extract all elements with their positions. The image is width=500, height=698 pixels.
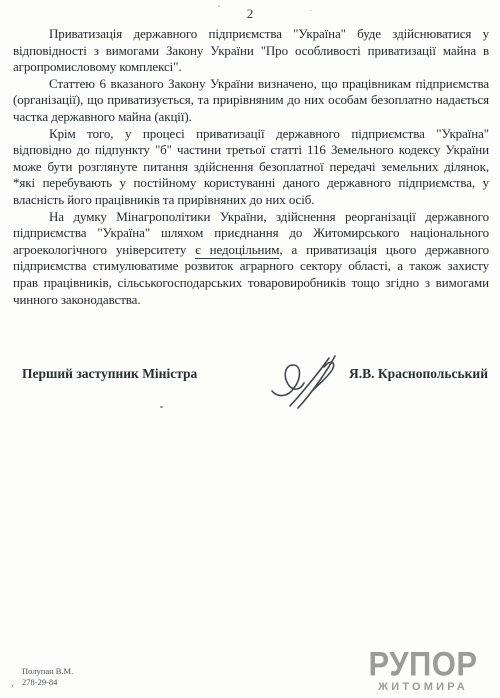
page-number: 2 [0, 6, 500, 22]
footer-contact: Полупан В.М. 278-29-84 [22, 666, 73, 687]
document-body: Приватизація державного підприємства "Ук… [13, 26, 489, 308]
scan-speck [218, 5, 220, 7]
footer-contact-phone: 278-29-84 [22, 677, 73, 688]
scan-artifact-comma: , [11, 678, 13, 688]
signature-block: Перший заступник Міністра Я.В. Краснопол… [22, 366, 488, 382]
paragraph-ministry-opinion: На думку Мінагрополітики України, здійсн… [13, 209, 489, 309]
handwritten-signature-icon [268, 352, 358, 414]
scan-speck [160, 406, 163, 408]
scanned-letter-page: { "page": { "number": "2" }, "body": { "… [0, 0, 500, 698]
footer-contact-name: Полупан В.М. [22, 666, 73, 677]
paragraph-land-code: Крім того, у процесі приватизації держав… [13, 126, 489, 209]
paragraph-privatization: Приватизація державного підприємства "Ук… [13, 26, 489, 76]
scan-speck [310, 10, 312, 11]
signatory-name: Я.В. Краснопольський [349, 366, 488, 382]
paragraph-article6: Статтею 6 вказаного Закону України визна… [13, 76, 489, 126]
signatory-position-title: Перший заступник Міністра [22, 366, 197, 382]
logo-title: РУПОР [367, 649, 479, 679]
underlined-phrase: є недоцільним [195, 242, 279, 259]
rupor-zhytomyra-logo: РУПОР ЖИТОМИРА [367, 652, 479, 693]
